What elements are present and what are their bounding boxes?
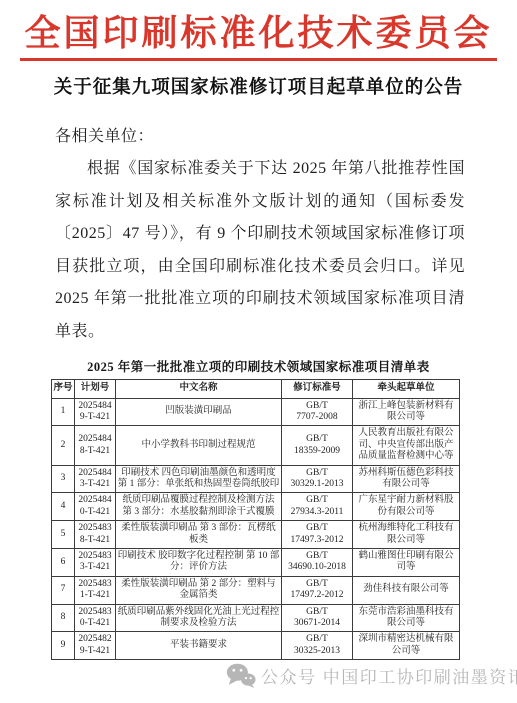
cell-plan: 2025484 0-T-421 [75, 493, 116, 521]
cell-org: 浙江上峰包装新材料有限公司等 [353, 398, 460, 426]
cell-seq: 5 [52, 521, 75, 549]
table-row: 1 2025484 9-T-421 凹版装潢印刷品 GB/T 7707-2008… [52, 398, 460, 426]
cell-std: GB/T 18359-2009 [282, 426, 353, 465]
cell-org: 苏州科斯伍德色彩科技有限公司等 [353, 465, 460, 493]
cell-std: GB/T 27934.3-2011 [282, 493, 353, 521]
table-row: 5 2025483 8-T-421 柔性版装潢印刷品 第 3 部份：瓦楞纸板类 … [52, 521, 460, 549]
col-header-org: 牵头起草单位 [353, 380, 460, 398]
col-header-plan: 计划号 [75, 380, 116, 398]
cell-std: GB/T 17497.3-2012 [282, 521, 353, 549]
cell-org: 人民教育出版社有限公司、中央宣传部出版产品质量监督检测中心等 [353, 426, 460, 465]
cell-org: 劲佳科技有限公司等 [353, 576, 460, 604]
cell-std: GB/T 30325-2013 [282, 632, 353, 660]
standards-table-body: 1 2025484 9-T-421 凹版装潢印刷品 GB/T 7707-2008… [52, 398, 460, 659]
standards-table: 序号 计划号 中文名称 修订标准号 牵头起草单位 1 2025484 9-T-4… [51, 379, 460, 660]
cell-name: 柔性版装潢印刷品 第 3 部份：瓦楞纸板类 [116, 521, 282, 549]
cell-plan: 2025484 8-T-421 [75, 426, 116, 465]
announcement-body: 各相关单位： 根据《国家标准委关于下达 2025 年第八批推荐性国家标准计划及相… [55, 121, 465, 349]
col-header-name: 中文名称 [116, 380, 282, 398]
table-row: 6 2025483 3-T-421 印刷技术 胶印数字化过程控制 第 10 部分… [52, 548, 460, 576]
cell-name: 纸质印刷品覆膜过程控制及检测方法 第 3 部分：水基胶黏剂即涂干式覆膜 [116, 493, 282, 521]
cell-plan: 2025484 3-T-421 [75, 465, 116, 493]
cell-name: 柔性版装潢印刷品 第 2 部分：塑料与金属箔类 [116, 576, 282, 604]
cell-seq: 8 [52, 604, 75, 632]
cell-org: 深圳市精密达机械有限公司等 [353, 632, 460, 660]
cell-seq: 3 [52, 465, 75, 493]
announcement-title: 关于征集九项国家标准修订项目起草单位的公告 [0, 73, 517, 99]
cell-name: 印刷技术 胶印数字化过程控制 第 10 部分：评价方法 [116, 548, 282, 576]
cell-name: 印刷技术 四色印刷油墨颜色和透明度 第 1 部分：单张纸和热固型卷筒纸胶印 [116, 465, 282, 493]
cell-name: 平装书籍要求 [116, 632, 282, 660]
table-row: 2 2025484 8-T-421 中小学教科书印制过程规范 GB/T 1835… [52, 426, 460, 465]
cell-plan: 2025483 3-T-421 [75, 548, 116, 576]
title-underline [20, 58, 497, 61]
table-row: 3 2025484 3-T-421 印刷技术 四色印刷油墨颜色和透明度 第 1 … [52, 465, 460, 493]
table-title: 2025 年第一批批准立项的印刷技术领域国家标准项目清单表 [0, 357, 517, 375]
cell-name: 纸质印刷品紫外线固化光油上光过程控制要求及检验方法 [116, 604, 282, 632]
cell-org: 鹤山雅图仕印刷有限公司等 [353, 548, 460, 576]
cell-seq: 2 [52, 426, 75, 465]
table-row: 4 2025484 0-T-421 纸质印刷品覆膜过程控制及检测方法 第 3 部… [52, 493, 460, 521]
standards-table-header: 序号 计划号 中文名称 修订标准号 牵头起草单位 [52, 380, 460, 398]
cell-std: GB/T 30329.1-2013 [282, 465, 353, 493]
cell-seq: 6 [52, 548, 75, 576]
table-row: 7 2025483 1-T-421 柔性版装潢印刷品 第 2 部分：塑料与金属箔… [52, 576, 460, 604]
cell-std: GB/T 30671-2014 [282, 604, 353, 632]
cell-name: 凹版装潢印刷品 [116, 398, 282, 426]
cell-plan: 2025484 9-T-421 [75, 398, 116, 426]
watermark: 公众号 中国印工协印刷油墨资讯 [226, 662, 517, 689]
cell-plan: 2025483 8-T-421 [75, 521, 116, 549]
cell-name: 中小学教科书印制过程规范 [116, 426, 282, 465]
cell-org: 东莞市浩彩油墨科技有限公司等 [353, 604, 460, 632]
cell-org: 杭州海维特化工科技有限公司等 [353, 521, 460, 549]
announcement-page: { "header": { "org_title": "全国印刷标准化技术委员会… [0, 0, 517, 703]
cell-seq: 9 [52, 632, 75, 660]
table-row: 8 2025483 0-T-421 纸质印刷品紫外线固化光油上光过程控制要求及检… [52, 604, 460, 632]
cell-plan: 2025482 9-T-421 [75, 632, 116, 660]
cell-seq: 4 [52, 493, 75, 521]
cell-plan: 2025483 1-T-421 [75, 576, 116, 604]
salutation: 各相关单位： [55, 121, 465, 154]
cell-std: GB/T 17497.2-2012 [282, 576, 353, 604]
cell-seq: 7 [52, 576, 75, 604]
watermark-text: 公众号 中国印工协印刷油墨资讯 [261, 663, 517, 688]
page-title: 全国印刷标准化技术委员会 [0, 10, 517, 57]
cell-std: GB/T 34690.10-2018 [282, 548, 353, 576]
wechat-icon [226, 662, 256, 689]
col-header-seq: 序号 [52, 380, 75, 398]
cell-std: GB/T 7707-2008 [282, 398, 353, 426]
cell-seq: 1 [52, 398, 75, 426]
body-paragraph: 根据《国家标准委关于下达 2025 年第八批推荐性国家标准计划及相关标准外文版计… [55, 153, 465, 348]
cell-org: 广东星宇耐力新材料股份有限公司等 [353, 493, 460, 521]
table-row: 9 2025482 9-T-421 平装书籍要求 GB/T 30325-2013… [52, 632, 460, 660]
col-header-std: 修订标准号 [282, 380, 353, 398]
cell-plan: 2025483 0-T-421 [75, 604, 116, 632]
